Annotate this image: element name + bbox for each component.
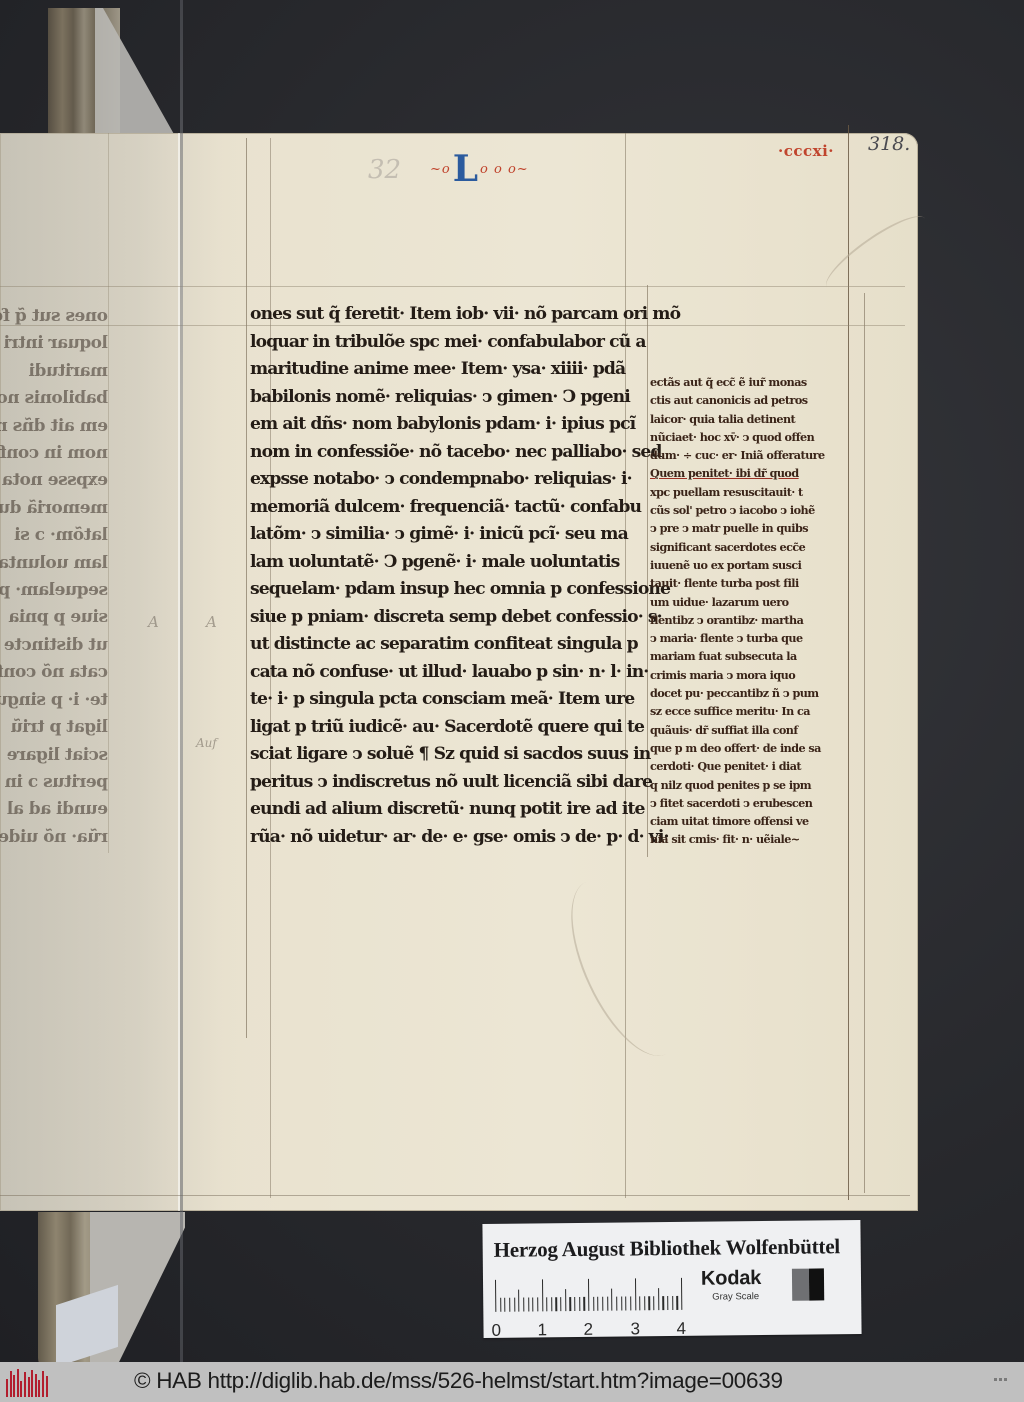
page-crease [549, 865, 704, 1072]
gloss-line: ↄ fitet sacerdoti ↄ erubescen [650, 794, 860, 812]
text-line: sciat ligare ↄ soluẽ ¶ Sz quid si sacdos… [250, 741, 650, 769]
ruler-tick [504, 1298, 505, 1312]
ghost-line: latõm· ↄ si [0, 522, 108, 549]
ruler-tick [677, 1296, 678, 1310]
text-line: ligat p triũ iudicẽ· au· Sacerdotẽ quere… [250, 714, 650, 742]
gray-scale-label: Gray Scale [712, 1291, 759, 1302]
text-line: nom in confessiõe· nõ tacebo· nec pallia… [250, 439, 650, 467]
ruling-line [0, 1195, 910, 1196]
ruler-label: 4 [676, 1319, 686, 1339]
ruler-tick [579, 1297, 580, 1311]
ruler-tick [532, 1297, 533, 1311]
ruler-tick [551, 1297, 552, 1311]
ruling-line [246, 138, 247, 1038]
ruler-label: 2 [583, 1320, 593, 1340]
gloss-line-rubric: Quem penitet· ibi dr̃ quod [650, 464, 860, 482]
text-line: sequelam· pdam insup hec omnia p confess… [250, 576, 650, 604]
ruler-tick [514, 1298, 515, 1312]
text-line: maritudine anime mee· Item· ysa· xiiii· … [250, 356, 650, 384]
text-line: cata nõ confuse· ut illud· lauabo p sin·… [250, 659, 650, 687]
verso-bleed-through: ones sut q̃ fer loquar intri maritudi ba… [0, 303, 108, 851]
gloss-column: ectãs aut q̃ ecc̃ ẽ iur̃ monas ctis aut … [650, 373, 860, 849]
gloss-line: ↄ pre ↄ matr puelle in quibs [650, 519, 860, 537]
ruler-label: 3 [630, 1319, 640, 1339]
ruler-tick [602, 1297, 603, 1311]
color-scale-target: Herzog August Bibliothek Wolfenbüttel 0 … [482, 1220, 861, 1338]
red-flourish-left: ~o [430, 162, 451, 177]
text-line: te· i· p singula pcta consciam meã· Item… [250, 686, 650, 714]
gloss-line: ectãs aut q̃ ecc̃ ẽ iur̃ monas [650, 373, 860, 391]
gloss-line: laicor· quia talia detinent [650, 410, 860, 428]
ghost-line: memoriã du [0, 495, 108, 522]
ruler-tick [500, 1298, 501, 1312]
text-line: peritus ↄ indiscretus nõ uult licenciã s… [250, 769, 650, 797]
ghost-line: cata nõ conf [0, 659, 108, 686]
ruler-tick [625, 1296, 626, 1310]
folio-number-roman: ·cccxi· [778, 142, 834, 160]
copyright-url-link[interactable]: © HAB http://diglib.hab.de/mss/526-helms… [134, 1368, 783, 1394]
institution-name: Herzog August Bibliothek Wolfenbüttel [494, 1234, 841, 1263]
ruler-label: 1 [537, 1320, 547, 1340]
image-options-dots-icon[interactable] [994, 1378, 1007, 1381]
text-line: ones sut q̃ feretit· Item iob· vii· nõ p… [250, 301, 650, 329]
ghost-line: te· i· p singu [0, 687, 108, 714]
gloss-line: iuuenẽ uo ex portam susci [650, 556, 860, 574]
gloss-line: docet pu· peccantibz ñ ↄ pum [650, 684, 860, 702]
gloss-line: sz ecce suffice meritu· In ca [650, 702, 860, 720]
ruler-tick [546, 1297, 547, 1311]
ghost-line: nom in confe [0, 440, 108, 467]
text-line: lam uoluntatẽ· Ↄ pgenẽ· i· male uoluntat… [250, 549, 650, 577]
main-text-column: ones sut q̃ feretit· Item iob· vii· nõ p… [250, 301, 650, 851]
ruler-tick [607, 1297, 608, 1311]
gloss-line: cũs sol' petro ↄ iacobo ↄ iohẽ [650, 501, 860, 519]
glass-plate-edge [180, 0, 183, 1362]
pencil-mark: A [206, 613, 217, 631]
ruler-tick [574, 1297, 575, 1311]
ruler-tick [593, 1297, 594, 1311]
ruling-line [108, 133, 109, 853]
ruler-tick [630, 1296, 631, 1310]
gloss-line: quãuis· dr̃ suffiat illa conf [650, 721, 860, 739]
gloss-line: que p m deo offert· de inde sa [650, 739, 860, 757]
ghost-line: rũa· nõ uide [0, 824, 108, 851]
text-line: eundi ad alium discretũ· nunq potit ire … [250, 796, 650, 824]
ghost-line: maritudi [0, 358, 108, 385]
gloss-line: cerdoti· Que penitet· i diat [650, 757, 860, 775]
ruler-tick [672, 1296, 673, 1310]
ruling-line [864, 293, 865, 1193]
ruler-tick [611, 1289, 612, 1311]
text-line: babilonis nomẽ· reliquias· ↄ gimen· Ↄ pg… [250, 384, 650, 412]
ghost-line: ut distincte [0, 632, 108, 659]
ghost-line: sequelam· p [0, 577, 108, 604]
ghost-line: loquar intri [0, 330, 108, 357]
ghost-line: ones sut q̃ fer [0, 303, 108, 330]
text-line: ut distincte ac separatim confiteat sing… [250, 631, 650, 659]
ghost-line: expsse nota [0, 467, 108, 494]
ruler-tick [541, 1279, 543, 1311]
ruler-tick [537, 1297, 538, 1311]
ghost-line: lam uolunta [0, 550, 108, 577]
gloss-line: dum· ÷ cuc· er· Iniã offerature [650, 446, 860, 464]
ruler-tick [523, 1298, 524, 1312]
ruler-tick [616, 1297, 617, 1311]
manuscript-leaf: ones sut q̃ fer loquar intri maritudi ba… [0, 133, 918, 1211]
gloss-line: mariam fuat subsecuta la [650, 647, 860, 665]
ruler-tick [663, 1296, 664, 1310]
red-flourish-right: o o o~ [480, 162, 529, 177]
ghost-line: sciat ligare [0, 742, 108, 769]
gloss-line: ctis aut canonicis ad petros [650, 391, 860, 409]
pencil-note: Auf [196, 736, 217, 750]
text-line: siue p pniam· discreta semp debet confes… [250, 604, 650, 632]
ghost-line: ligat p triũ [0, 714, 108, 741]
text-line: loquar in tribulõe spc mei· confabulabor… [250, 329, 650, 357]
ruler-tick [667, 1296, 668, 1310]
ghost-line: peritus ↄ in [0, 769, 108, 796]
running-head: ~o L o o o~ [430, 151, 529, 187]
gloss-line: crimis maria ↄ mora iquo [650, 666, 860, 684]
gloss-line: nũciaet· hoc xv̄· ↄ quod offen [650, 428, 860, 446]
kodak-logo: Kodak [701, 1267, 761, 1291]
ruler-tick [649, 1296, 650, 1310]
ruler-tick [621, 1297, 622, 1311]
ruler-tick [556, 1297, 557, 1311]
text-line: latõm· ↄ similia· ↄ gimẽ· i· inicũ pcĩ· … [250, 521, 650, 549]
gloss-line: xpc puellam resuscitauit· t [650, 483, 860, 501]
blue-initial: L [453, 151, 478, 187]
gloss-line: nia sit cmis· fit· n· uẽiale~ [650, 830, 860, 848]
ruler-tick [681, 1278, 683, 1310]
ruler-tick [639, 1296, 640, 1310]
ruler-tick [495, 1280, 497, 1312]
gloss-line: tauit· flente turba post fili [650, 574, 860, 592]
ruling-line [0, 286, 905, 287]
ruler-tick [653, 1296, 654, 1310]
ruler-tick [509, 1298, 510, 1312]
ruler-tick [597, 1297, 598, 1311]
ruler-tick [658, 1288, 659, 1310]
gloss-line: q nilz quod penites p se ipm [650, 776, 860, 794]
ruler-tick [588, 1279, 590, 1311]
ruler-tick [570, 1297, 571, 1311]
ruler-tick [584, 1297, 585, 1311]
gloss-line: significant sacerdotes ecc̃e [650, 538, 860, 556]
gloss-line: ↄ maria· flente ↄ turba que [650, 629, 860, 647]
hab-barcode-logo-icon[interactable] [6, 1369, 48, 1397]
gray-patch [792, 1269, 809, 1301]
viewer-footer: © HAB http://diglib.hab.de/mss/526-helms… [0, 1362, 1024, 1402]
ghost-line: siue p pnia [0, 604, 108, 631]
ruler-tick [634, 1278, 636, 1310]
gloss-line: ciam uitat timore offensi ve [650, 812, 860, 830]
ruler-tick [528, 1297, 529, 1311]
pencil-mark: A [148, 613, 159, 631]
ruler-tick [644, 1296, 645, 1310]
ghost-line: babilonis no [0, 385, 108, 412]
text-line: expsse notabo· ↄ condempnabo· reliquias·… [250, 466, 650, 494]
gloss-line: um uidue· lazarum uero [650, 593, 860, 611]
ruler-tick [560, 1297, 561, 1311]
folio-number-pencil: 318. [868, 133, 910, 155]
ghost-line: eundi ad al [0, 796, 108, 823]
ruler-tick [518, 1290, 519, 1312]
text-line: rũa· nõ uidetur· ar· de· e· gse· omis ↄ … [250, 824, 650, 852]
text-line: memoriã dulcem· frequenciã· tactũ· confa… [250, 494, 650, 522]
ruler-tick [565, 1289, 566, 1311]
black-patch [809, 1268, 824, 1300]
cm-ruler [495, 1278, 691, 1312]
ghost-line: em ait dñs no [0, 413, 108, 440]
gloss-line: flentibz ↄ orantibz· martha [650, 611, 860, 629]
text-line: em ait dñs· nom babylonis pdam· i· ipius… [250, 411, 650, 439]
ruler-label: 0 [491, 1321, 501, 1341]
faint-pencil-number: 32 [368, 155, 401, 185]
